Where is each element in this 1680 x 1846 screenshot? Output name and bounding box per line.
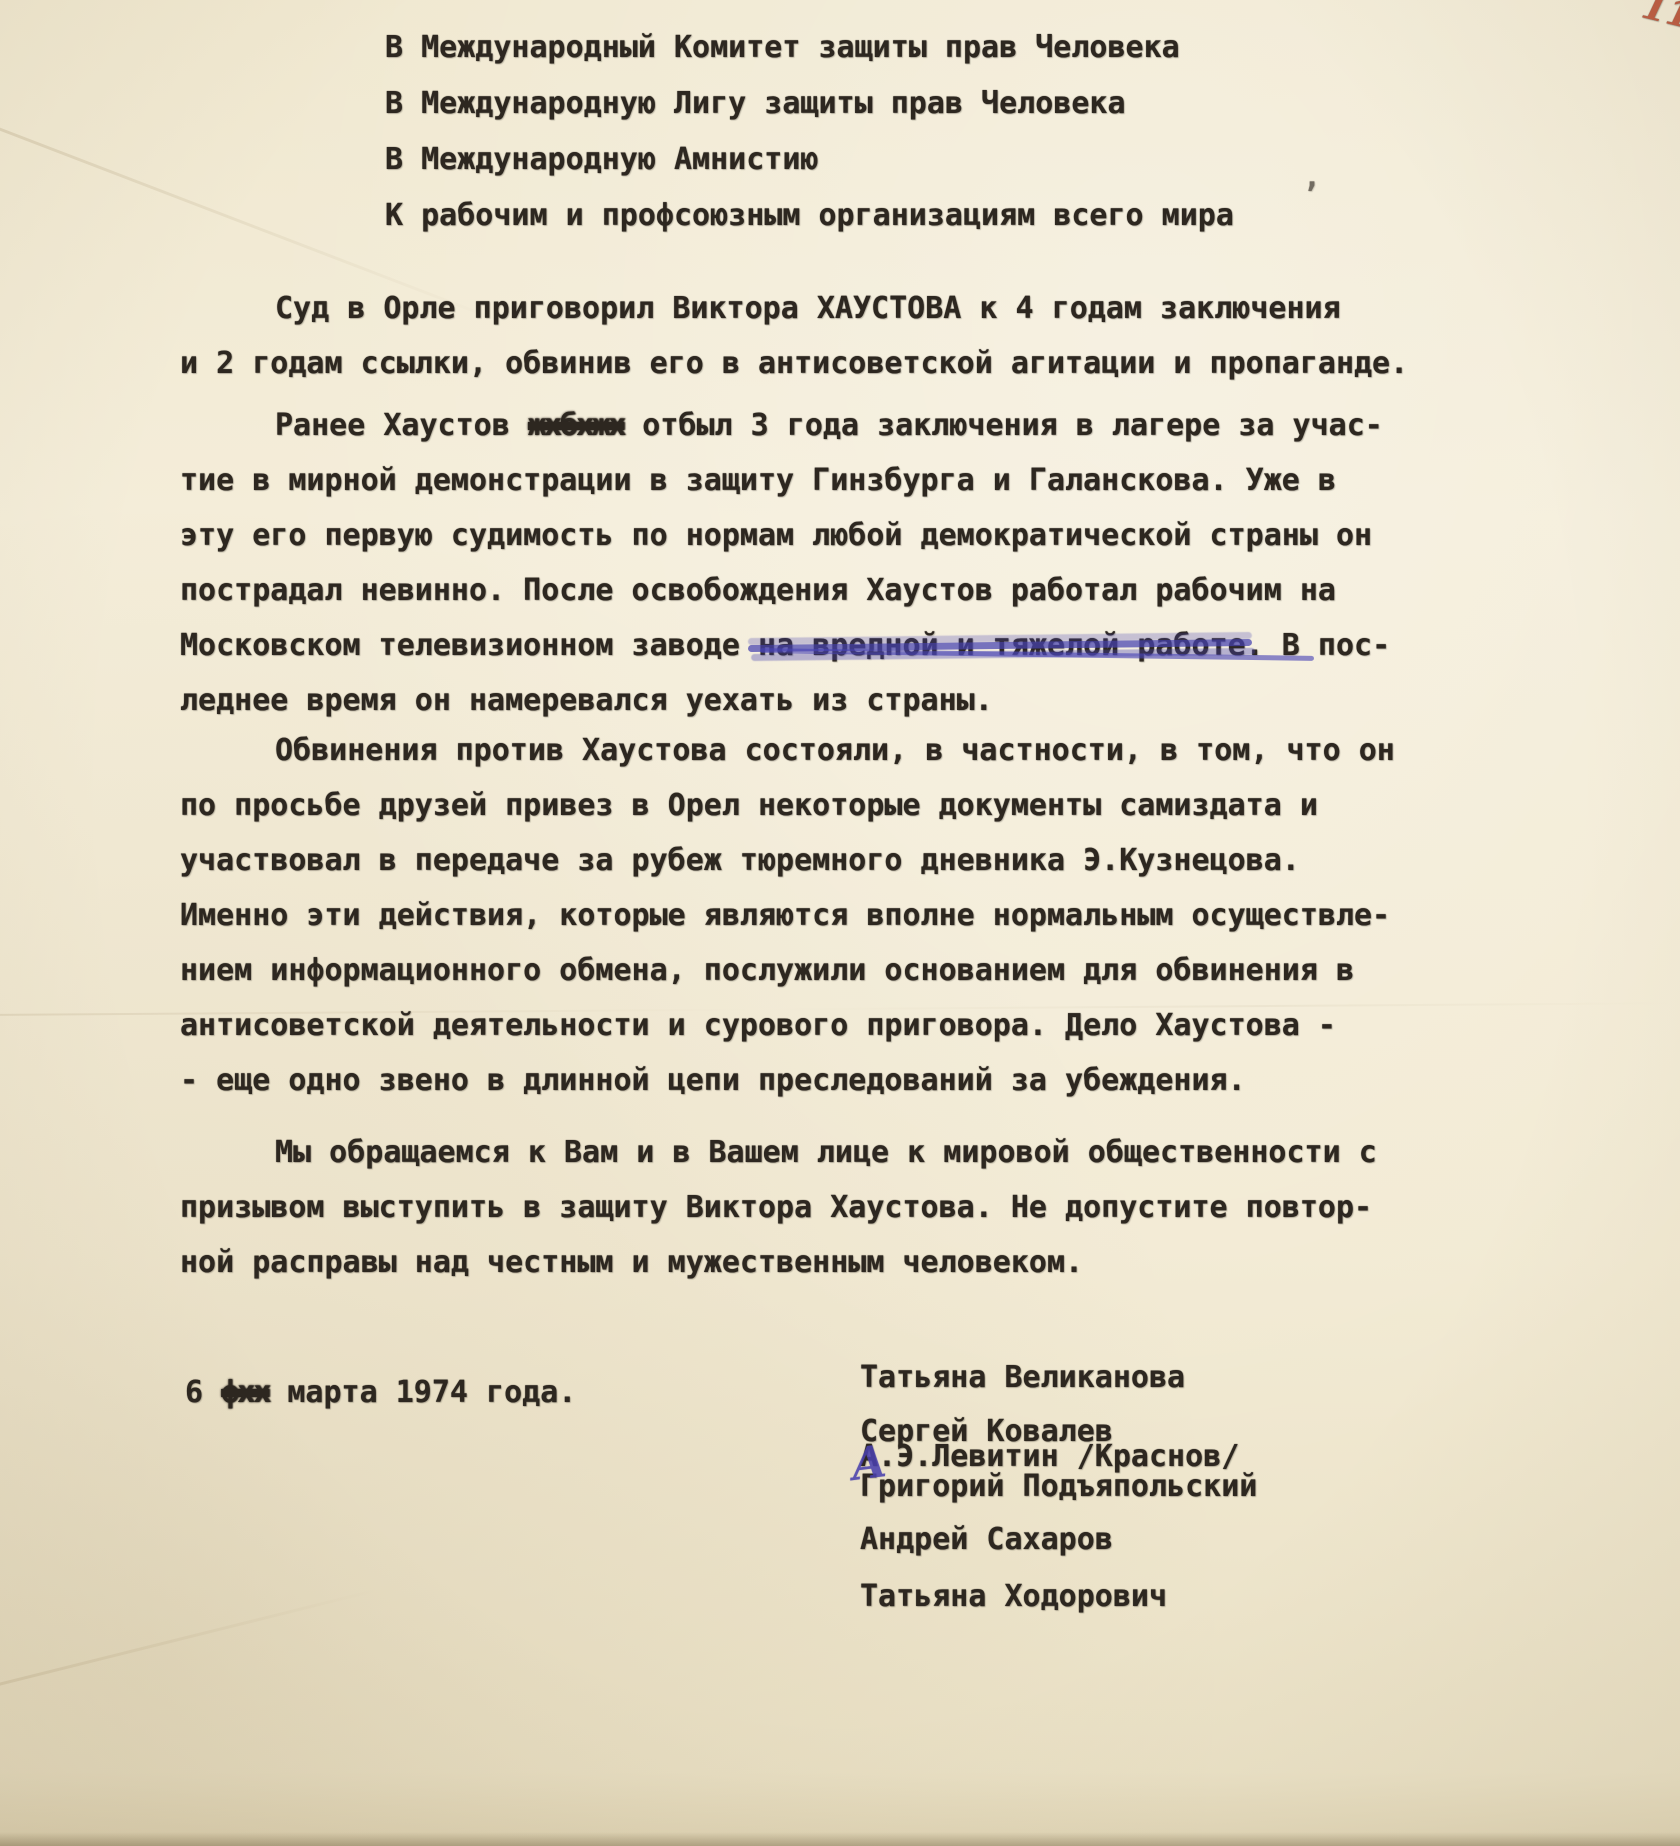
body-line: пострадал невинно. После освобождения Ха… <box>180 563 1390 618</box>
body-line: Суд в Орле приговорил Виктора ХАУСТОВА к… <box>180 281 1408 336</box>
paragraph-4: Мы обращаемся к Вам и в Вашем лице к мир… <box>180 1125 1377 1290</box>
paragraph-3: Обвинения против Хаустова состояли, в ча… <box>180 723 1395 1108</box>
body-line: призывом выступить в защиту Виктора Хаус… <box>180 1180 1377 1235</box>
signature-line: Татьяна Ходорович <box>860 1576 1167 1618</box>
body-line: по просьбе друзей привез в Орел некоторы… <box>180 778 1395 833</box>
paragraph-2: Ранее Хаустов жхбхжх отбыл 3 года заключ… <box>180 398 1390 728</box>
body-line: леднее время он намеревался уехать из ст… <box>180 673 1390 728</box>
body-line: Мы обращаемся к Вам и в Вашем лице к мир… <box>180 1125 1377 1180</box>
text-segment: отбыл 3 года заключения в лагере за учас… <box>624 408 1383 443</box>
body-line: эту его первую судимость по нормам любой… <box>180 508 1390 563</box>
overtyped-word: жхбхжх <box>528 408 624 443</box>
body-line: - еще одно звено в длинной цепи преследо… <box>180 1053 1395 1108</box>
text-segment: Ранее Хаустов <box>275 408 528 443</box>
text-segment: Московском телевизионном заводе <box>180 628 758 663</box>
body-line: нием информационного обмена, послужили о… <box>180 943 1395 998</box>
pen-strikethrough-text: на вредной и тяжелой работе <box>758 628 1246 663</box>
body-line: тие в мирной демонстрации в защиту Гинзб… <box>180 453 1390 508</box>
addressee-line: К рабочим и профсоюзным организациям все… <box>385 188 1234 244</box>
signature-line: Андрей Сахаров <box>860 1519 1113 1561</box>
signature-line: Григорий Подъяпольский <box>860 1466 1257 1508</box>
addressee-line: В Международную Лигу защиты прав Человек… <box>385 76 1234 132</box>
date-line: 6 фхх марта 1974 года. <box>185 1365 576 1420</box>
stray-ink-mark: , <box>1303 160 1321 195</box>
body-line: ной расправы над честным и мужественным … <box>180 1235 1377 1290</box>
signature-line: Татьяна Великанова <box>860 1357 1185 1399</box>
addressee-line: В Международный Комитет защиты прав Чело… <box>385 20 1234 76</box>
addressee-line: В Международную Амнистию <box>385 132 1234 188</box>
overtyped-word: фхх <box>221 1375 269 1410</box>
paper-crease <box>0 1588 378 1693</box>
document-page: 11 В Международный Комитет защиты прав Ч… <box>0 0 1680 1846</box>
body-line: Обвинения против Хаустова состояли, в ча… <box>180 723 1395 778</box>
handwritten-corner-mark: 11 <box>1638 0 1680 37</box>
body-line: участвовал в передаче за рубеж тюремного… <box>180 833 1395 888</box>
body-line: антисоветской деятельности и сурового пр… <box>180 998 1395 1053</box>
body-line: Именно эти действия, которые являются вп… <box>180 888 1395 943</box>
text-segment: марта 1974 года. <box>269 1375 576 1410</box>
paragraph-1: Суд в Орле приговорил Виктора ХАУСТОВА к… <box>180 281 1408 391</box>
addressee-block: В Международный Комитет защиты прав Чело… <box>385 20 1234 244</box>
body-line: Ранее Хаустов жхбхжх отбыл 3 года заключ… <box>180 398 1390 453</box>
handwritten-correction-letter: А <box>848 1436 890 1491</box>
body-line: Московском телевизионном заводе на вредн… <box>180 618 1390 673</box>
text-segment: 6 <box>185 1375 221 1410</box>
body-line: и 2 годам ссылки, обвинив его в антисове… <box>180 336 1408 391</box>
